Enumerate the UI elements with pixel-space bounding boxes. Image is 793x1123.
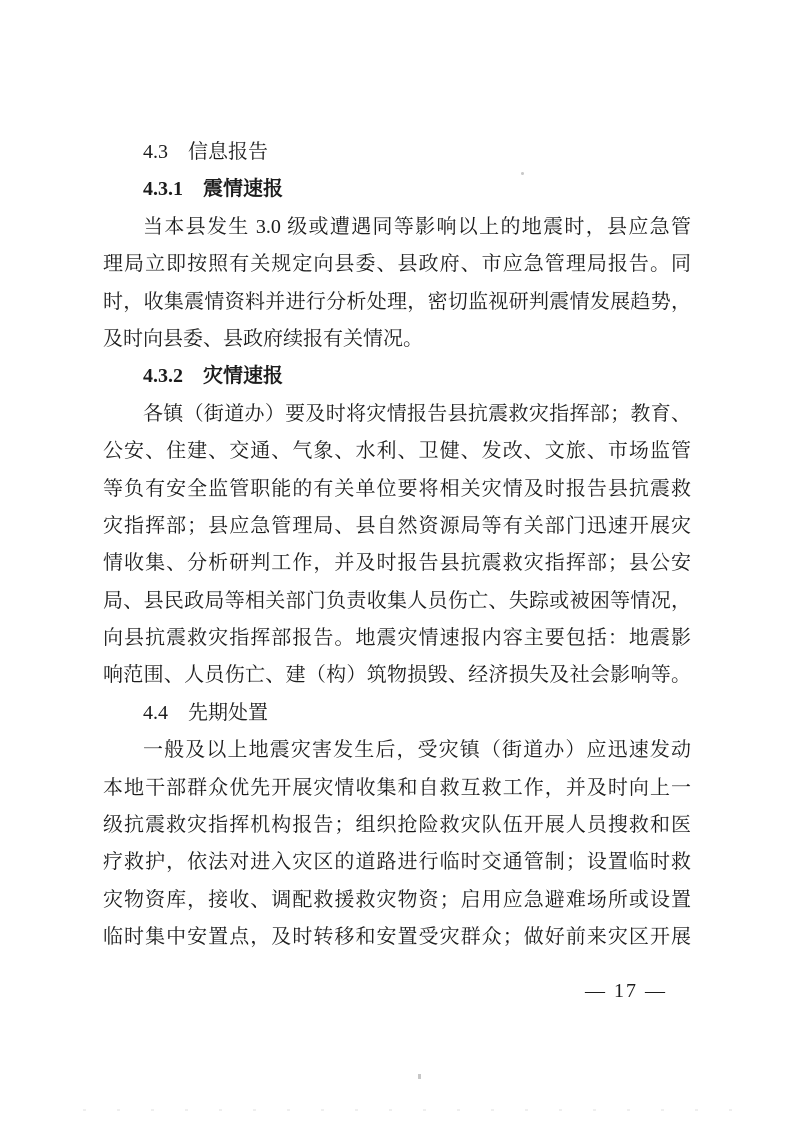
paragraph-line: 向县抗震救灾指挥部报告。地震灾情速报内容主要包括：地震影 [103, 620, 691, 657]
section-heading: 4.4 先期处置 [103, 695, 691, 732]
paragraph-line: 理局立即按照有关规定向县委、县政府、市应急管理局报告。同 [103, 246, 691, 283]
paragraph-line: 及时向县委、县政府续报有关情况。 [103, 321, 691, 358]
scan-speck [521, 172, 524, 175]
page-number: — 17 — [585, 980, 667, 1003]
paragraph-line: 临时集中安置点，及时转移和安置受灾群众；做好前来灾区开展 [103, 919, 691, 956]
paragraph-line: 局、县民政局等相关部门负责收集人员伤亡、失踪或被困等情况， [103, 583, 691, 620]
paragraph-line: 当本县发生 3.0 级或遭遇同等影响以上的地震时，县应急管 [103, 209, 691, 246]
paragraph-line: 一般及以上地震灾害发生后，受灾镇（街道办）应迅速发动 [103, 732, 691, 769]
scan-noise-row [83, 1109, 763, 1111]
paragraph-line: 公安、住建、交通、气象、水利、卫健、发改、文旅、市场监管 [103, 433, 691, 470]
document-page: 4.3 信息报告4.3.1 震情速报当本县发生 3.0 级或遭遇同等影响以上的地… [0, 0, 793, 1123]
paragraph-line: 情收集、分析研判工作，并及时报告县抗震救灾指挥部；县公安 [103, 545, 691, 582]
paragraph-line: 本地干部群众优先开展灾情收集和自救互救工作，并及时向上一 [103, 770, 691, 807]
paragraph-line: 时，收集震情资料并进行分析处理，密切监视研判震情发展趋势， [103, 284, 691, 321]
paragraph-line: 级抗震救灾指挥机构报告；组织抢险救灾队伍开展人员搜救和医 [103, 807, 691, 844]
text-block: 4.3 信息报告4.3.1 震情速报当本县发生 3.0 级或遭遇同等影响以上的地… [103, 134, 691, 957]
paragraph-line: 疗救护，依法对进入灾区的道路进行临时交通管制；设置临时救 [103, 844, 691, 881]
paragraph-line: 灾物资库，接收、调配救援救灾物资；启用应急避难场所或设置 [103, 882, 691, 919]
scan-speck [418, 1074, 421, 1079]
section-heading: 4.3.2 灾情速报 [103, 358, 691, 395]
paragraph-line: 灾指挥部；县应急管理局、县自然资源局等有关部门迅速开展灾 [103, 508, 691, 545]
section-heading: 4.3 信息报告 [103, 134, 691, 171]
paragraph-line: 响范围、人员伤亡、建（构）筑物损毁、经济损失及社会影响等。 [103, 657, 691, 694]
section-heading: 4.3.1 震情速报 [103, 171, 691, 208]
paragraph-line: 各镇（街道办）要及时将灾情报告县抗震救灾指挥部；教育、 [103, 396, 691, 433]
paragraph-line: 等负有安全监管职能的有关单位要将相关灾情及时报告县抗震救 [103, 471, 691, 508]
